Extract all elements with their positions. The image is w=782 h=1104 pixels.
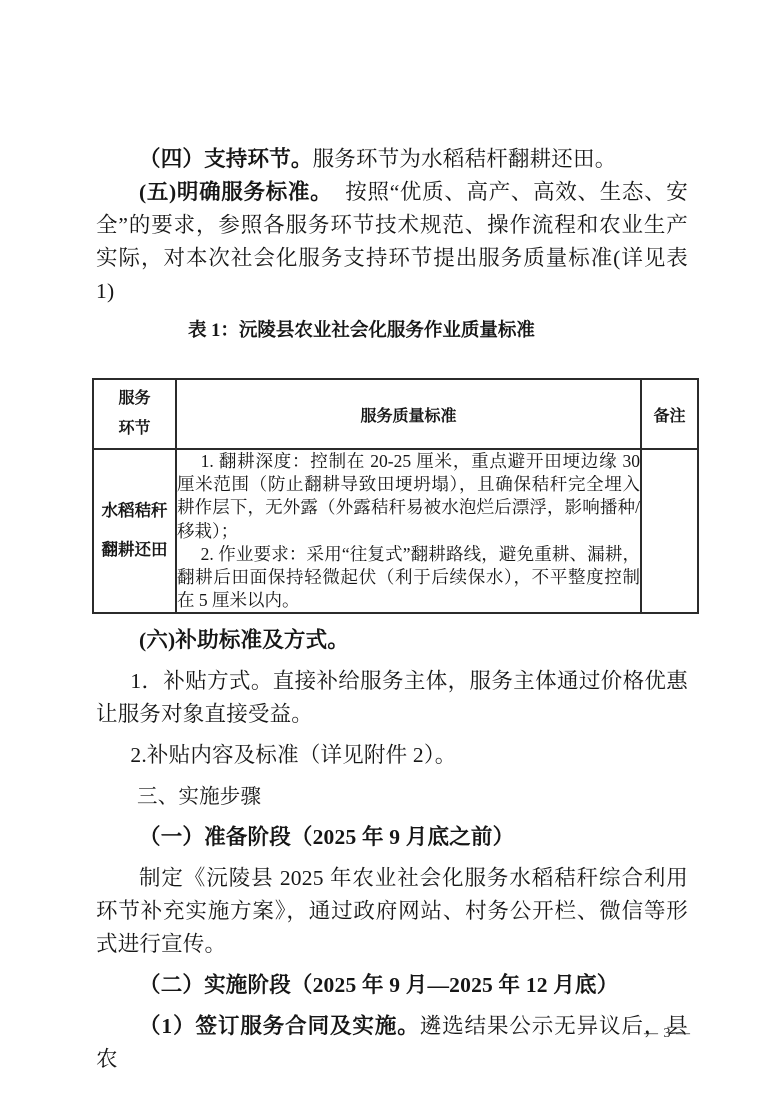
cell-service-link: 水稻秸秆 翻耕还田 <box>93 449 176 613</box>
heading-4-label: （四）支持环节。 <box>139 147 313 171</box>
paragraph-subsidy-method: 1．补贴方式。直接补给服务主体，服务主体通过价格优惠让服务对象直接受益。 <box>96 665 688 731</box>
heading-implementation-steps: 三、实施步骤 <box>96 780 688 813</box>
heading-6-label: (六)补助标准及方式。 <box>139 628 349 652</box>
document-page: （四）支持环节。服务环节为水稻秸杆翻耕还田。 (五)明确服务标准。按照“优质、高… <box>0 0 782 1104</box>
paragraph-service-standard: (五)明确服务标准。按照“优质、高产、高效、生态、安全”的要求，参照各服务环节技… <box>96 176 688 308</box>
standard-item-1: 1. 翻耕深度：控制在 20-25 厘米，重点避开田埂边缘 30 厘米范围（防止… <box>177 450 640 543</box>
quality-standard-table: 服务 环节 服务质量标准 备注 水稻秸秆 翻耕还田 1. 翻耕深度：控制在 20… <box>92 378 699 614</box>
cell-service-link-line1: 水稻秸秆 <box>94 492 175 531</box>
paragraph-subsidy-heading: (六)补助标准及方式。 <box>96 624 688 657</box>
heading-5-label: (五)明确服务标准。 <box>139 180 332 204</box>
heading-stage-implementation: （二）实施阶段（2025 年 9 月—2025 年 12 月底） <box>96 969 688 1002</box>
standard-item-2: 2. 作业要求：采用“往复式”翻耕路线，避免重耕、漏耕，翻耕后田面保持轻微起伏（… <box>177 543 640 613</box>
document-content: （四）支持环节。服务环节为水稻秸杆翻耕还田。 (五)明确服务标准。按照“优质、高… <box>96 143 688 1084</box>
table-row: 水稻秸秆 翻耕还田 1. 翻耕深度：控制在 20-25 厘米，重点避开田埂边缘 … <box>93 449 698 613</box>
table-title: 表 1：沅陵县农业社会化服务作业质量标准 <box>96 316 688 346</box>
paragraph-sign-contract: （1）签订服务合同及实施。遴选结果公示无异议后，县农 <box>96 1010 688 1076</box>
paragraph-subsidy-content: 2.补贴内容及标准（详见附件 2）。 <box>96 739 688 772</box>
header-remark: 备注 <box>641 379 698 449</box>
page-number: — 3 — <box>644 1026 691 1042</box>
cell-remark <box>641 449 698 613</box>
header-service-link-line1: 服务 <box>94 384 175 414</box>
heading-stage-preparation: （一）准备阶段（2025 年 9 月底之前） <box>96 821 688 854</box>
header-service-link: 服务 环节 <box>93 379 176 449</box>
header-service-link-line2: 环节 <box>94 414 175 444</box>
paragraph-preparation-body: 制定《沅陵县 2025 年农业社会化服务水稻秸秆综合利用环节补充实施方案》，通过… <box>96 862 688 961</box>
cell-service-link-line2: 翻耕还田 <box>94 531 175 570</box>
header-quality-standard: 服务质量标准 <box>176 379 641 449</box>
cell-quality-standard: 1. 翻耕深度：控制在 20-25 厘米，重点避开田埂边缘 30 厘米范围（防止… <box>176 449 641 613</box>
table-header-row: 服务 环节 服务质量标准 备注 <box>93 379 698 449</box>
paragraph-support-link-text: 服务环节为水稻秸杆翻耕还田。 <box>313 147 617 171</box>
paragraph-support-link: （四）支持环节。服务环节为水稻秸杆翻耕还田。 <box>96 143 688 176</box>
step-1-label: （1）签订服务合同及实施。 <box>139 1014 420 1038</box>
